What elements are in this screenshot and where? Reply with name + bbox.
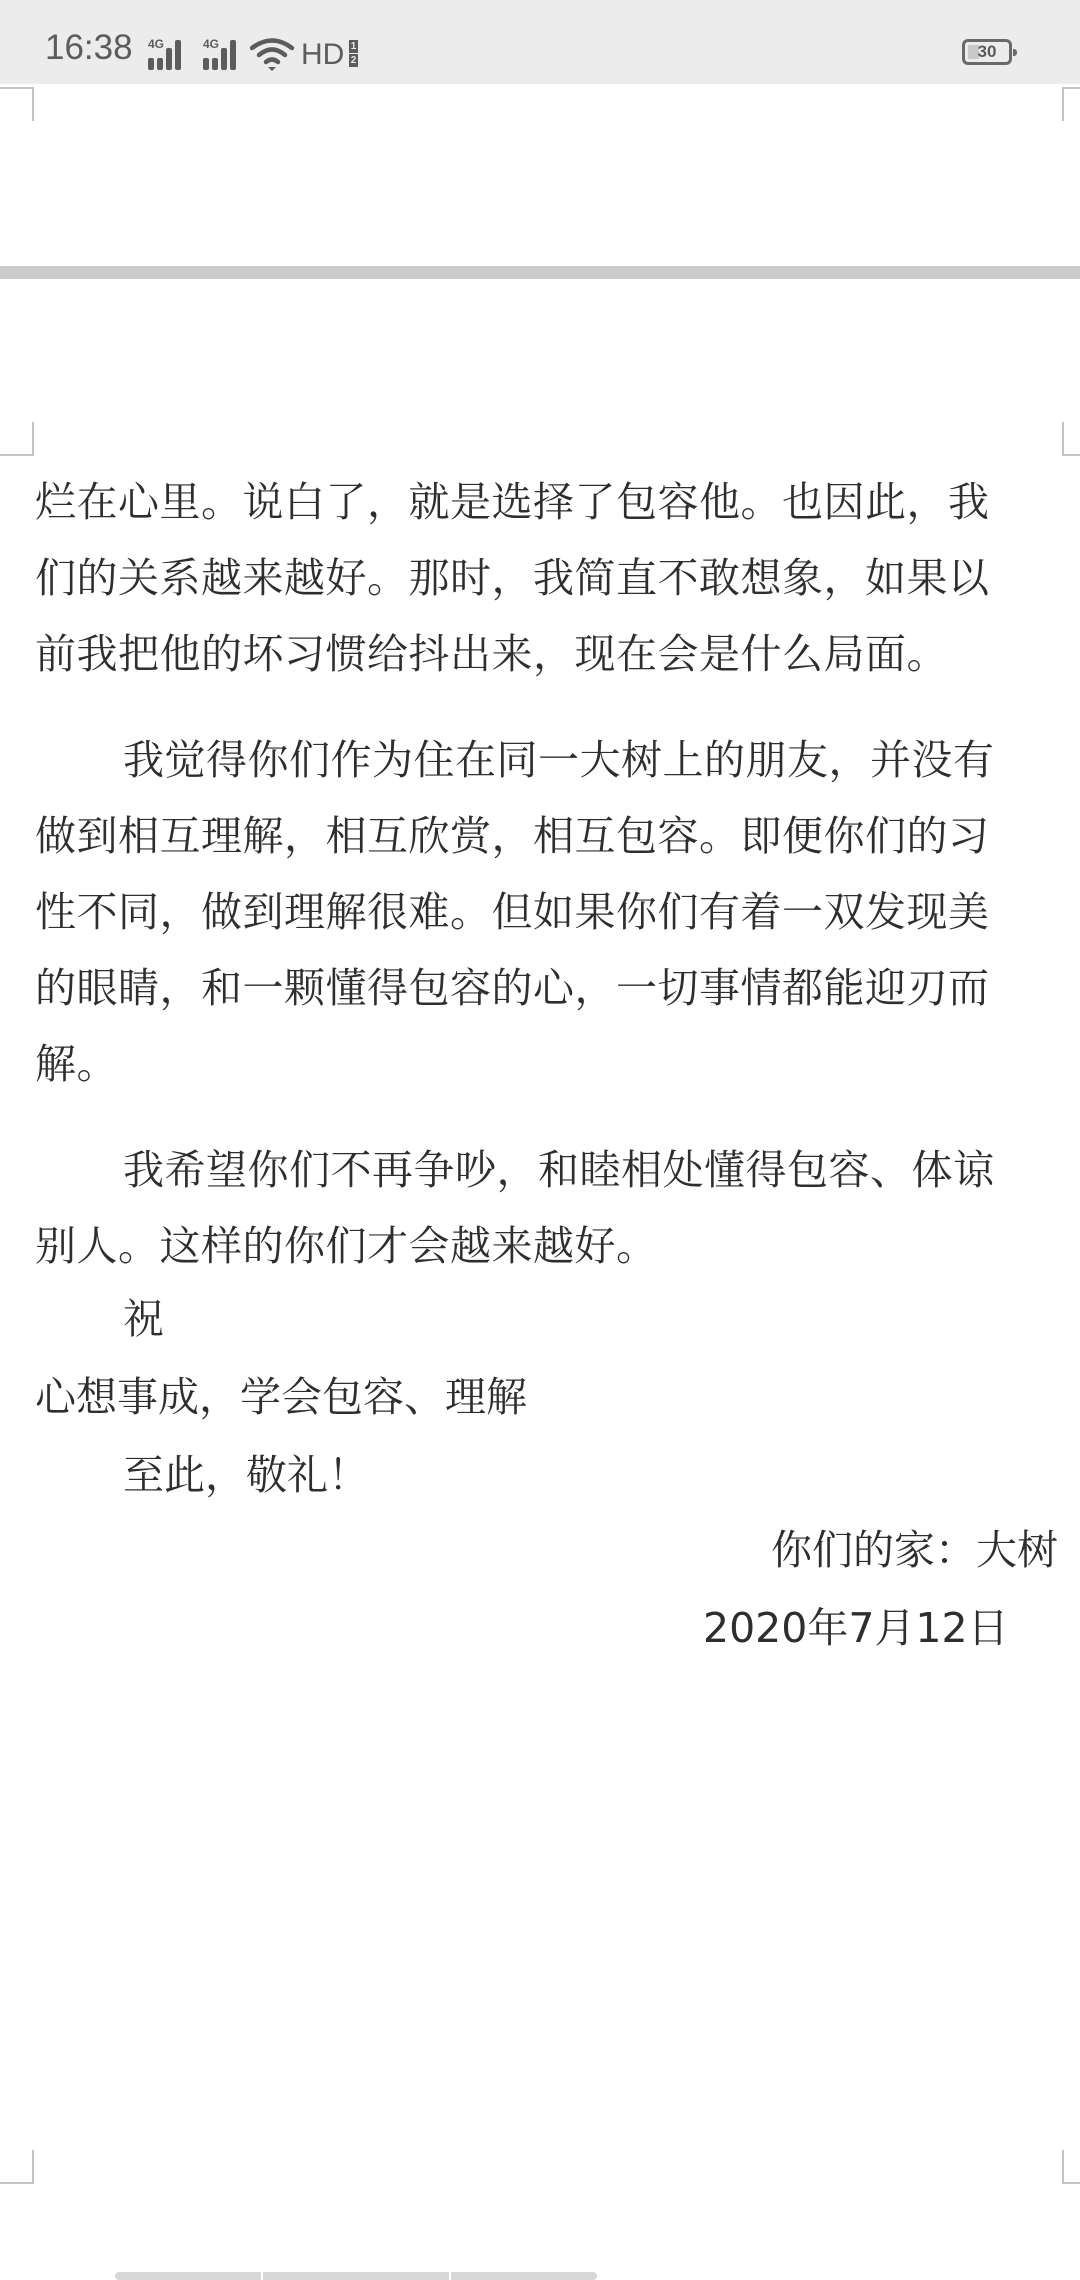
- paragraph: 我希望你们不再争吵，和睦相处懂得包容、体谅 别人。这样的你们才会越来越好。: [35, 1132, 1065, 1284]
- battery-percent: 30: [965, 43, 1009, 61]
- page-margin-corner-top-right: [1062, 87, 1080, 121]
- hd-sim-indicator: 1 2: [349, 40, 358, 68]
- page-margin-corner-top-left: [0, 87, 34, 121]
- letter-date: 2020年7月12日: [703, 1608, 1009, 1649]
- status-bar: 16:38 4G 4G HD 1 2 30: [0, 0, 1080, 84]
- closing-salute: 至此，敬礼！: [123, 1455, 369, 1496]
- page-margin-corner-bottom-right: [1062, 2150, 1080, 2184]
- page-separator: [0, 266, 1080, 279]
- paragraph: 我觉得你们作为住在同一大树上的朋友，并没有 做到相互理解，相互欣赏，相互包容。即…: [35, 722, 1065, 1102]
- horizontal-scrollbar-segment[interactable]: [263, 2272, 449, 2280]
- cellular-signal-icon-sim2: 4G: [203, 38, 247, 70]
- horizontal-scrollbar-segment[interactable]: [115, 2272, 261, 2280]
- page-margin-corner-top-left: [0, 422, 34, 456]
- page-margin-corner-top-right: [1062, 422, 1080, 456]
- page-margin-corner-bottom-left: [0, 2150, 34, 2184]
- document-body: 烂在心里。说白了，就是选择了包容他。也因此，我 们的关系越来越好。那时，我简直不…: [35, 464, 1065, 1284]
- paragraph: 烂在心里。说白了，就是选择了包容他。也因此，我 们的关系越来越好。那时，我简直不…: [35, 464, 1065, 692]
- network-type-label: 4G: [148, 38, 164, 50]
- horizontal-scrollbar-segment[interactable]: [451, 2272, 597, 2280]
- battery-icon: 30: [962, 39, 1012, 65]
- signature: 你们的家：大树: [771, 1530, 1058, 1571]
- status-time: 16:38: [45, 30, 133, 65]
- network-type-label: 4G: [203, 38, 219, 50]
- hd-voice-icon: HD: [301, 40, 344, 70]
- cellular-signal-icon-sim1: 4G: [148, 38, 192, 70]
- wifi-icon: [250, 37, 294, 71]
- closing-wish: 心想事成，学会包容、理解: [35, 1377, 527, 1418]
- closing-zhu: 祝: [123, 1299, 164, 1340]
